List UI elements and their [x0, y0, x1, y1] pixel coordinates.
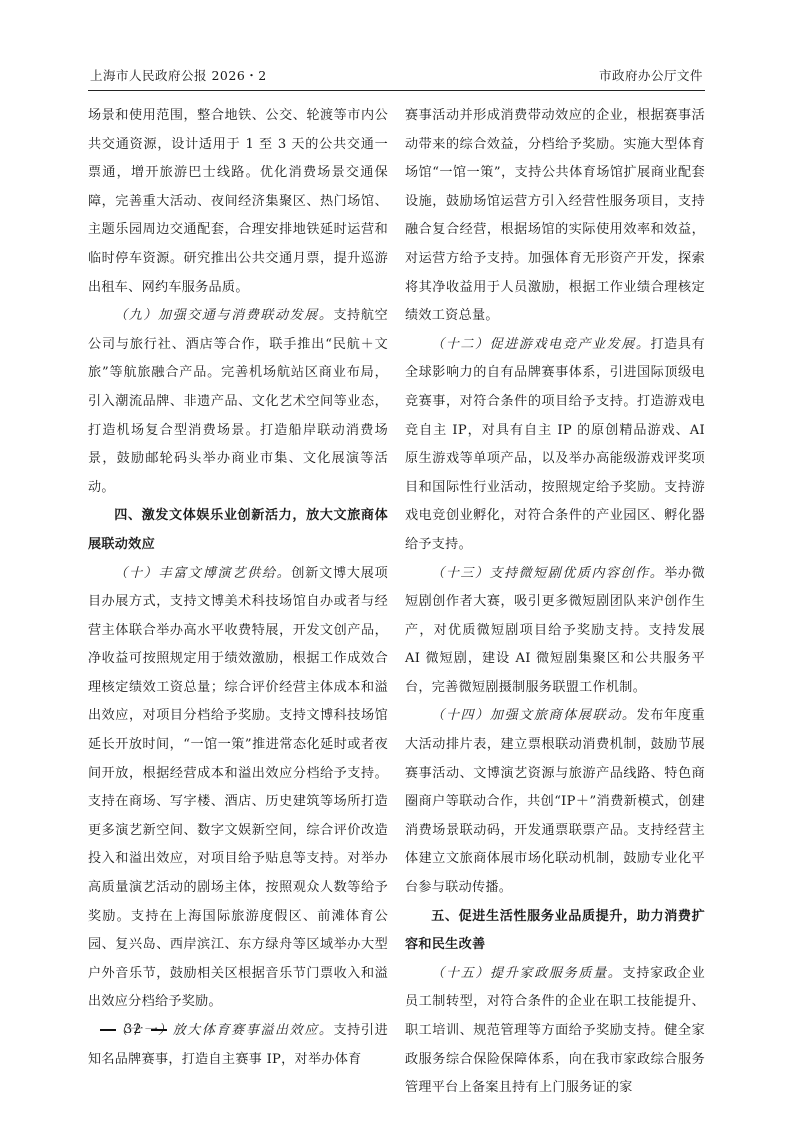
item-body: 支持家政企业员工制转型，对符合条件的企业在职工技能提升、职工培训、规范管理等方面… — [405, 966, 705, 1095]
paragraph-item-12: （十二）促进游戏电竞产业发展。打造具有全球影响力的自有品牌赛事体系，引进国际顶级… — [405, 331, 705, 560]
page-number: 32 — [124, 1022, 143, 1037]
paragraph-item-14: （十四）加强文旅商体展联动。发布年度重大活动排片表，建立票根联动消费机制，鼓励节… — [405, 702, 705, 902]
dash-left — [100, 1029, 116, 1031]
paragraph-item-15: （十五）提升家政服务质量。支持家政企业员工制转型，对符合条件的企业在职工技能提升… — [405, 960, 705, 1103]
item-title: （十二）促进游戏电竞产业发展。 — [431, 337, 650, 352]
paragraph-item-13: （十三）支持微短剧优质内容创作。举办微短剧创作者大赛，吸引更多微短剧团队来沪创作… — [405, 560, 705, 703]
item-title: （十四）加强文旅商体展联动。 — [431, 708, 636, 723]
item-body: 支持航空公司与旅行社、酒店等合作，联手推出“民航＋文旅”等航旅融合产品。完善机场… — [88, 308, 388, 495]
publication-title: 上海市人民政府公报 2026・2 — [90, 66, 267, 84]
item-body: 发布年度重大活动排片表，建立票根联动消费机制，鼓励节展赛事活动、文博演艺资源与旅… — [405, 708, 705, 895]
item-title: （十）丰富文博演艺供给。 — [114, 566, 291, 581]
dash-right — [151, 1029, 167, 1031]
paragraph-item-10: （十）丰富文博演艺供给。创新文博大展项目办展方式，支持文博美术科技场馆自办或者与… — [88, 560, 388, 1018]
item-body: 打造具有全球影响力的自有品牌赛事体系，引进国际顶级电竞赛事，对符合条件的项目给予… — [405, 337, 705, 552]
paragraph-item-9: （九）加强交通与消费联动发展。支持航空公司与旅行社、酒店等合作，联手推出“民航＋… — [88, 302, 388, 502]
right-column: 赛事活动并形成消费带动效应的企业，根据赛事活动带来的综合效益，分档给予奖励。实施… — [405, 102, 705, 1103]
item-title: （十五）提升家政服务质量。 — [431, 966, 622, 981]
paragraph: 赛事活动并形成消费带动效应的企业，根据赛事活动带来的综合效益，分档给予奖励。实施… — [405, 102, 705, 331]
item-body: 创新文博大展项目办展方式，支持文博美术科技场馆自办或者与经营主体联合举办高水平收… — [88, 566, 388, 1010]
item-title: （九）加强交通与消费联动发展。 — [114, 308, 333, 323]
page-footer: 32 — [92, 1022, 175, 1037]
section-label: 市政府办公厅文件 — [599, 66, 703, 84]
page-header: 上海市人民政府公报 2026・2 市政府办公厅文件 — [88, 58, 705, 91]
item-title: （十三）支持微短剧优质内容创作。 — [431, 566, 664, 581]
paragraph: 场景和使用范围，整合地铁、公交、轮渡等市内公共交通资源，设计适用于 1 至 3 … — [88, 102, 388, 302]
section-heading-5: 五、促进生活性服务业品质提升，助力消费扩容和民生改善 — [405, 903, 705, 960]
item-body: 举办微短剧创作者大赛，吸引更多微短剧团队来沪创作生产，对优质微短剧项目给予奖励支… — [405, 566, 705, 695]
left-column: 场景和使用范围，整合地铁、公交、轮渡等市内公共交通资源，设计适用于 1 至 3 … — [88, 102, 388, 1074]
section-heading-4: 四、激发文体娱乐业创新活力，放大文旅商体展联动效应 — [88, 502, 388, 559]
